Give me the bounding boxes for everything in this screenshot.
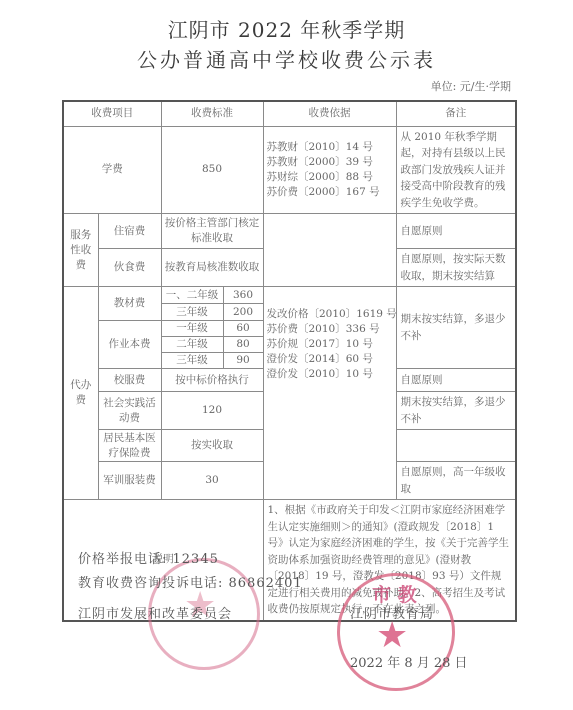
header-standard: 收费标准 [161,101,263,126]
agency-basis: 发改价格〔2010〕1619 号 苏价费〔2010〕336 号 苏价规〔2017… [263,287,396,500]
accommodation-standard: 按价格主管部门核定标准收取 [161,214,263,249]
insurance-remark [396,430,516,462]
service-basis [263,214,396,287]
education-hotline: 教育收费咨询投诉电话: 86862401 [78,572,303,591]
meals-item: 伙食费 [98,249,161,287]
tuition-standard: 850 [161,126,263,214]
textbook-grade: 一、二年级 [161,287,223,304]
textbook-fee: 200 [223,304,263,321]
meals-remark: 自愿原则，按实际天数收取，期末按实结算 [396,249,516,287]
accommodation-item: 住宿费 [98,214,161,249]
service-category: 服务性收费 [63,214,98,287]
header-basis: 收费依据 [263,101,396,126]
org-development-reform-commission: 江阴市发展和改革委员会 [78,603,232,622]
practice-remark: 期末按实结算，多退少不补 [396,392,516,430]
workbook-grade: 二年级 [161,337,223,353]
workbook-item: 作业本费 [98,321,161,369]
table-header-row: 收费项目 收费标准 收费依据 备注 [63,101,516,126]
document-title-line1: 江阴市 2022 年秋季学期 [0,14,573,43]
uniform-remark: 自愿原则 [396,369,516,392]
table-row-tuition: 学费 850 苏教财〔2010〕14 号 苏教财〔2000〕39 号 苏财综〔2… [63,126,516,214]
stamp-star-icon: ★ [376,618,408,654]
military-standard: 30 [161,462,263,500]
military-item: 军训服装费 [98,462,161,500]
price-hotline: 价格举报电话: 12345 [78,548,219,567]
table-row-accommodation: 服务性收费 住宿费 按价格主管部门核定标准收取 自愿原则 [63,214,516,249]
workbook-grade: 一年级 [161,321,223,337]
textbook-grade: 三年级 [161,304,223,321]
insurance-standard: 按实收取 [161,430,263,462]
insurance-item: 居民基本医疗保险费 [98,430,161,462]
fee-table: 收费项目 收费标准 收费依据 备注 学费 850 苏教财〔2010〕14 号 苏… [62,100,517,622]
accommodation-remark: 自愿原则 [396,214,516,249]
uniform-item: 校服费 [98,369,161,392]
practice-standard: 120 [161,392,263,430]
practice-item: 社会实践活动费 [98,392,161,430]
meals-standard: 按教育局核准数收取 [161,249,263,287]
tuition-item: 学费 [63,126,161,214]
uniform-standard: 按中标价格执行 [161,369,263,392]
header-remark: 备注 [396,101,516,126]
tuition-remark: 从 2010 年秋季学期起，对持有县级以上民政部门发放残疾人证并接受高中阶段教育… [396,126,516,214]
table-row-textbook-1: 代办费 教材费 一、二年级 360 发改价格〔2010〕1619 号 苏价费〔2… [63,287,516,304]
textbook-fee: 360 [223,287,263,304]
agency-category: 代办费 [63,287,98,500]
org-education-bureau: 江阴市教育局 [350,603,434,622]
unit-label: 单位: 元/生·学期 [431,78,511,94]
tuition-basis: 苏教财〔2010〕14 号 苏教财〔2000〕39 号 苏财综〔2000〕88 … [263,126,396,214]
workbook-fee: 80 [223,337,263,353]
military-remark: 自愿原则，高一年级收取 [396,462,516,500]
workbook-fee: 90 [223,353,263,369]
document-title-line2: 公办普通高中学校收费公示表 [0,44,573,73]
workbook-fee: 60 [223,321,263,337]
header-item: 收费项目 [63,101,161,126]
document-date: 2022 年 8 月 28 日 [350,652,468,671]
textbook-workbook-remark: 期末按实结算，多退少不补 [396,287,516,369]
textbook-item: 教材费 [98,287,161,321]
workbook-grade: 三年级 [161,353,223,369]
